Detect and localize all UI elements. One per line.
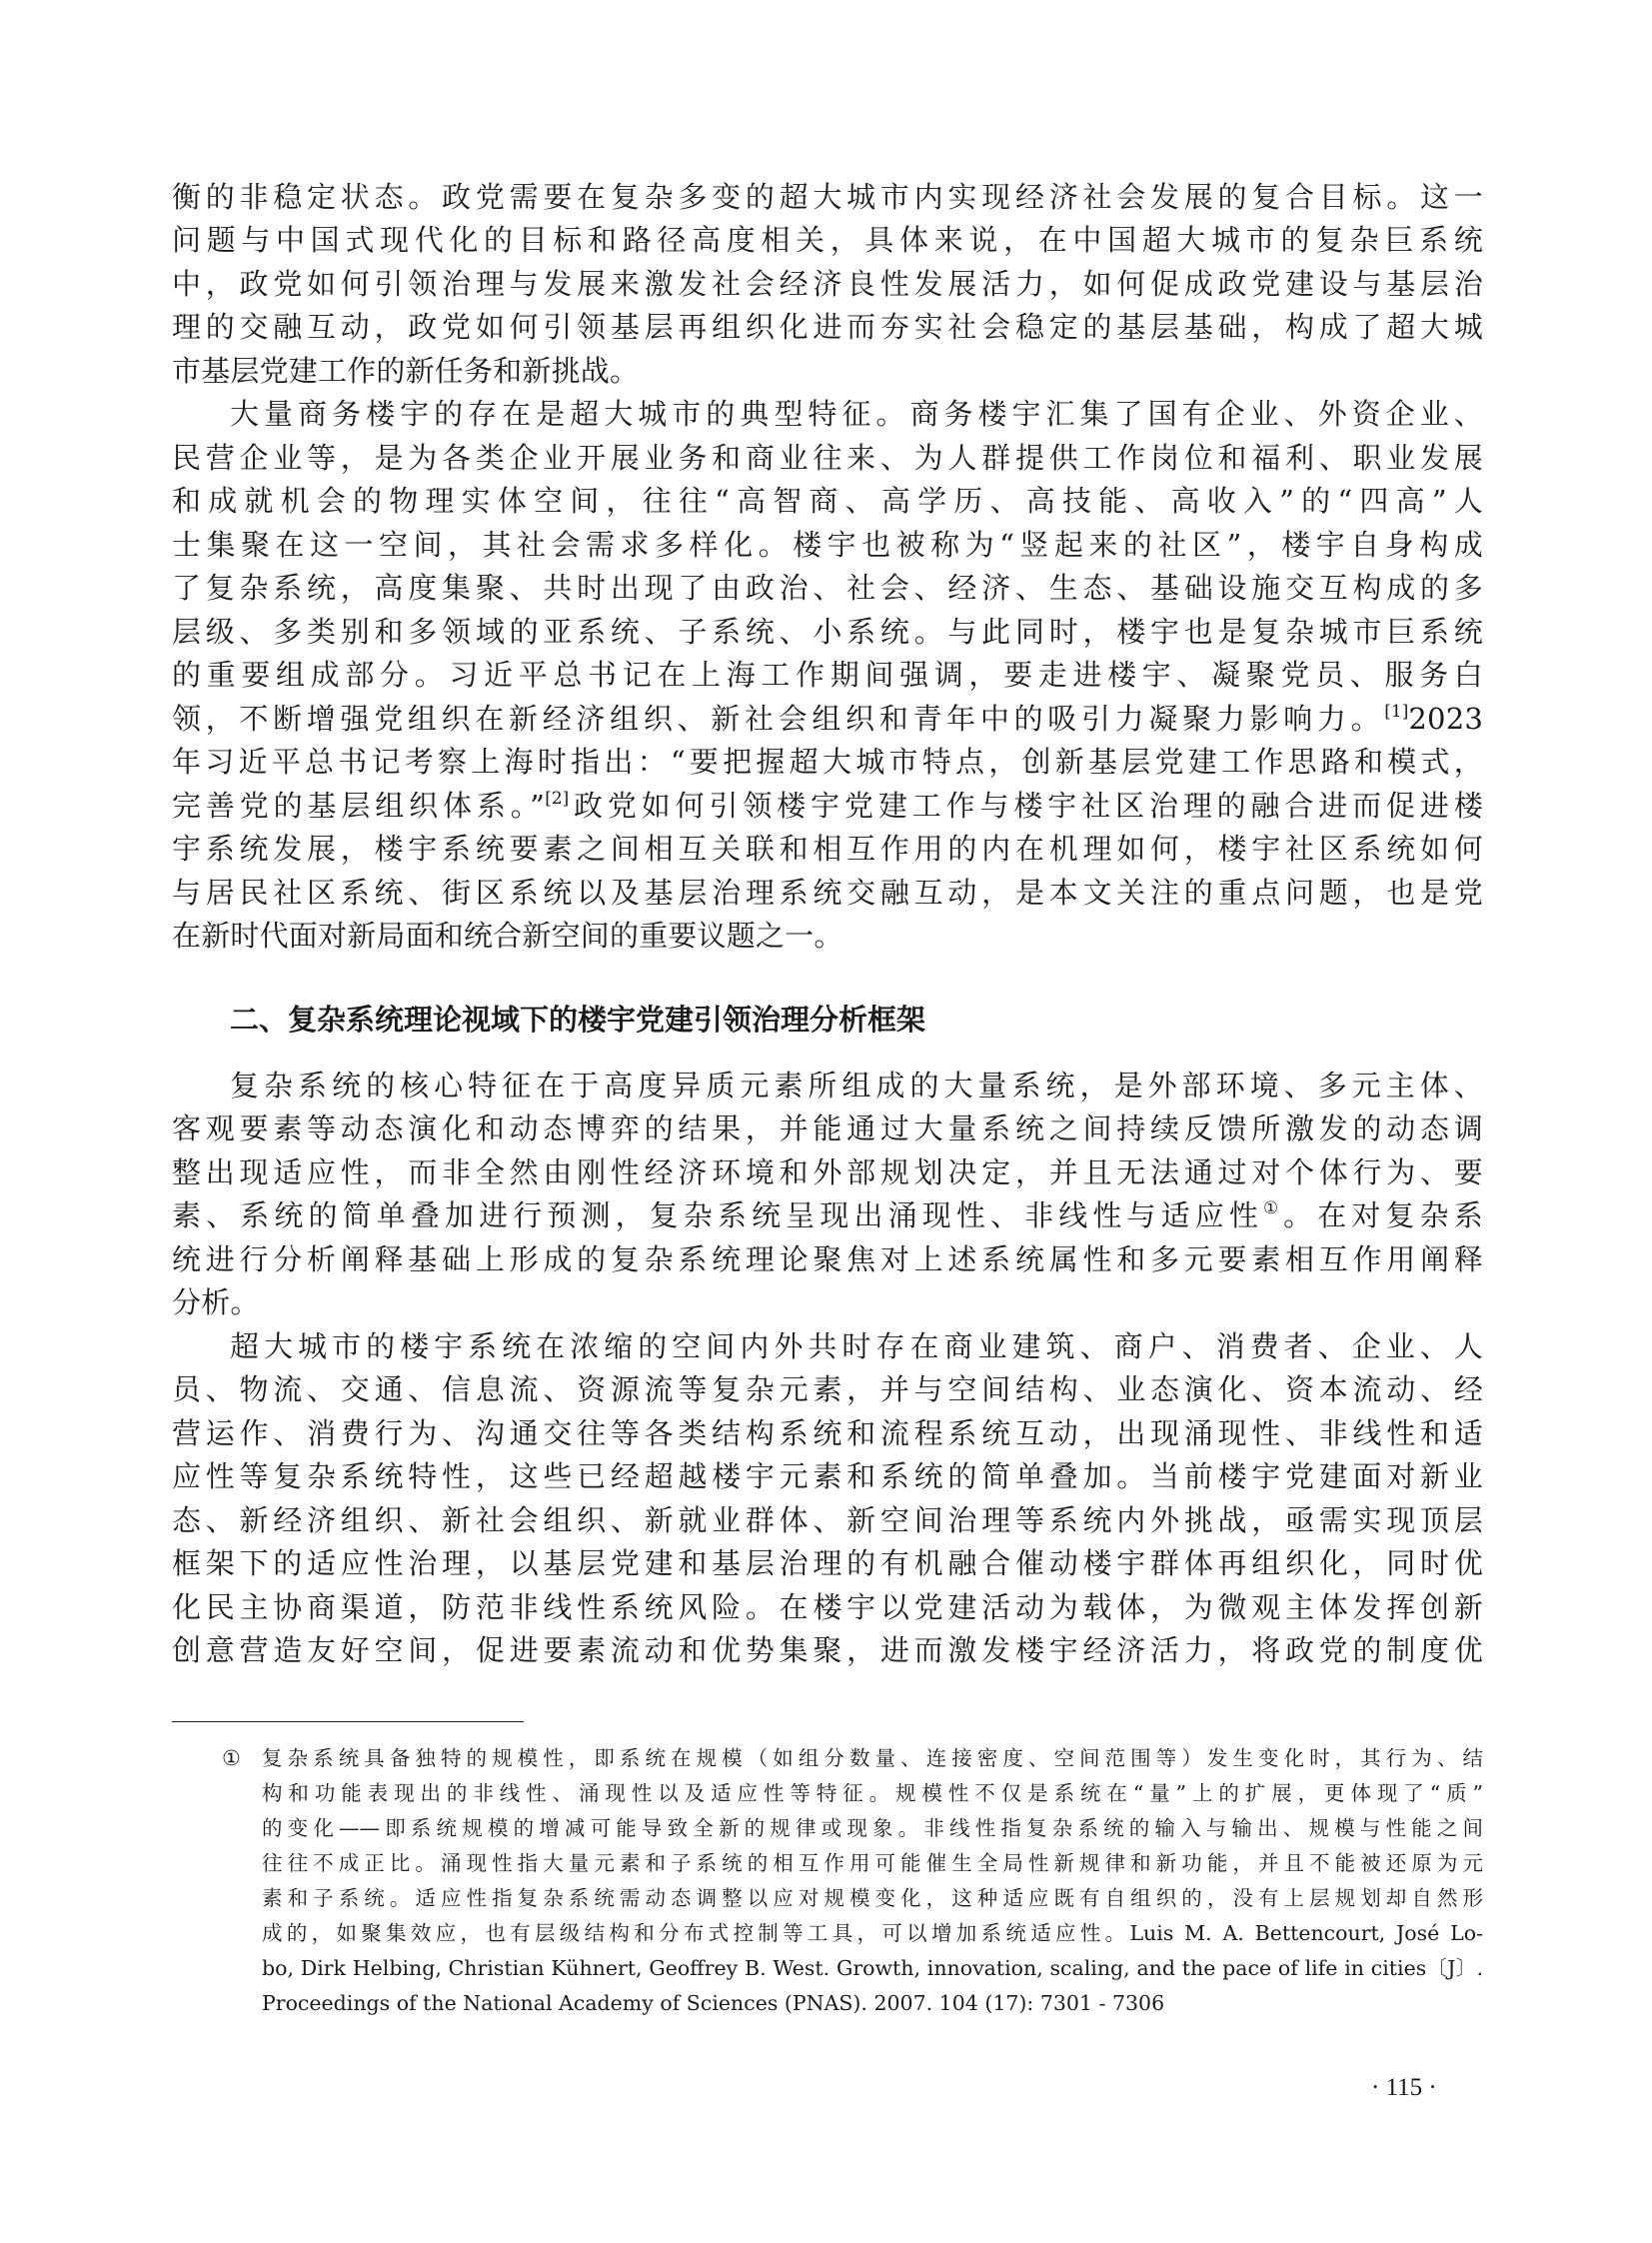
body-text-line: 和成就机会的物理实体空间，往往“高智商、高学历、高技能、高收入”的“四高”人 xyxy=(172,481,1483,521)
footnote-line: 的变化——即系统规模的增减可能导致全新的规律或现象。非线性指复杂系统的输入与输出… xyxy=(262,1813,1483,1843)
body-text-line: 员、物流、交通、信息流、资源流等复杂元素，并与空间结构、业态演化、资本流动、经 xyxy=(172,1369,1483,1409)
body-text-line: 问题与中国式现代化的目标和路径高度相关，具体来说，在中国超大城市的复杂巨系统 xyxy=(172,220,1483,260)
body-text-segment: 完善党的基层组织体系。” xyxy=(172,789,545,823)
body-text-line: 大量商务楼宇的存在是超大城市的典型特征。商务楼宇汇集了国有企业、外资企业、 xyxy=(230,394,1483,434)
body-text-line: 统进行分析阐释基础上形成的复杂系统理论聚焦对上述系统属性和多元要素相互作用阐释 xyxy=(172,1239,1483,1279)
page-number: · 115 · xyxy=(1371,2071,1437,2105)
section-heading: 二、复杂系统理论视域下的楼宇党建引领治理分析框架 xyxy=(230,1000,925,1040)
footnote-line: Proceedings of the National Academy of S… xyxy=(262,1988,1483,2018)
body-text-line: 中，政党如何引领治理与发展来激发社会经济良性发展活力，如何促成政党建设与基层治 xyxy=(172,264,1483,304)
footnote-line: 复杂系统具备独特的规模性，即系统在规模（如组分数量、连接密度、空间范围等）发生变… xyxy=(262,1743,1483,1773)
body-text-line: 素、系统的简单叠加进行预测，复杂系统呈现出涌现性、非线性与适应性①。在对复杂系 xyxy=(172,1195,1483,1235)
footnote-line: bo, Dirk Helbing, Christian Kühnert, Geo… xyxy=(262,1953,1483,1983)
body-text-line: 完善党的基层组织体系。”[2]政党如何引领楼宇党建工作与楼宇社区治理的融合进而促… xyxy=(172,786,1483,826)
body-text-segment: 素、系统的简单叠加进行预测，复杂系统呈现出涌现性、非线性与适应性 xyxy=(172,1198,1263,1232)
body-text-line: 民营企业等，是为各类企业开展业务和商业往来、为人群提供工作岗位和福利、职业发展 xyxy=(172,438,1483,478)
citation-ref-2[interactable]: [2] xyxy=(545,789,569,809)
body-text-segment: 政党如何引领楼宇党建工作与楼宇社区治理的融合进而促进楼 xyxy=(569,789,1483,823)
body-text-line: 整出现适应性，而非全然由刚性经济环境和外部规划决定，并且无法通过对个体行为、要 xyxy=(172,1152,1483,1192)
body-text-line: 年习近平总书记考察上海时指出：“要把握超大城市特点，创新基层党建工作思路和模式， xyxy=(172,742,1483,782)
footnote-ref-1[interactable]: ① xyxy=(1263,1198,1283,1218)
body-text-line: 与居民社区系统、街区系统以及基层治理系统交融互动，是本文关注的重点问题，也是党 xyxy=(172,873,1483,913)
paper-page: 衡的非稳定状态。政党需要在复杂多变的超大城市内实现经济社会发展的复合目标。这一 … xyxy=(0,0,1652,2243)
body-text-line: 理的交融互动，政党如何引领基层再组织化进而夯实社会稳定的基层基础，构成了超大城 xyxy=(172,307,1483,347)
body-text-line: 化民主协商渠道，防范非线性系统风险。在楼宇以党建活动为载体，为微观主体发挥创新 xyxy=(172,1587,1483,1627)
body-text-line: 分析。 xyxy=(172,1282,1483,1322)
footnote-line: 成的，如聚集效应，也有层级结构和分布式控制等工具，可以增加系统适应性。Luis … xyxy=(262,1918,1483,1948)
body-text-line: 衡的非稳定状态。政党需要在复杂多变的超大城市内实现经济社会发展的复合目标。这一 xyxy=(172,177,1483,217)
footnote-line: 构和功能表现出的非线性、涌现性以及适应性等特征。规模性不仅是系统在“量”上的扩展… xyxy=(262,1778,1483,1808)
body-text-segment: 2023 xyxy=(1408,702,1483,736)
body-text-segment: 领，不断增强党组织在新经济组织、新社会组织和青年中的吸引力凝聚力影响力。 xyxy=(172,702,1384,736)
body-text-line: 营运作、消费行为、沟通交往等各类结构系统和流程系统互动，出现涌现性、非线性和适 xyxy=(172,1413,1483,1453)
body-text-line: 应性等复杂系统特性，这些已经超越楼宇元素和系统的简单叠加。当前楼宇党建面对新业 xyxy=(172,1456,1483,1496)
body-text-line: 层级、多类别和多领域的亚系统、子系统、小系统。与此同时，楼宇也是复杂城市巨系统 xyxy=(172,612,1483,652)
body-text-line: 宇系统发展，楼宇系统要素之间相互关联和相互作用的内在机理如何，楼宇社区系统如何 xyxy=(172,829,1483,869)
body-text-line: 复杂系统的核心特征在于高度异质元素所组成的大量系统，是外部环境、多元主体、 xyxy=(230,1066,1483,1106)
footnote-line: 素和子系统。适应性指复杂系统需动态调整以应对规模变化，这种适应既有自组织的，没有… xyxy=(262,1883,1483,1913)
body-text-segment: 。在对复杂系 xyxy=(1283,1198,1483,1232)
body-text-line: 的重要组成部分。习近平总书记在上海工作期间强调，要走进楼宇、凝聚党员、服务白 xyxy=(172,655,1483,695)
footnote-line: 往往不成正比。涌现性指大量元素和子系统的相互作用可能催生全局性新规律和新功能，并… xyxy=(262,1848,1483,1878)
body-text-line: 了复杂系统，高度集聚、共时出现了由政治、社会、经济、生态、基础设施交互构成的多 xyxy=(172,568,1483,608)
body-text-line: 超大城市的楼宇系统在浓缩的空间内外共时存在商业建筑、商户、消费者、企业、人 xyxy=(230,1326,1483,1366)
body-text-line: 在新时代面对新局面和统合新空间的重要议题之一。 xyxy=(172,916,1483,956)
citation-ref-1[interactable]: [1] xyxy=(1384,702,1408,722)
body-text-line: 士集聚在这一空间，其社会需求多样化。楼宇也被称为“竖起来的社区”，楼宇自身构成 xyxy=(172,525,1483,565)
footnote-marker: ① xyxy=(222,1743,241,1773)
footnote-separator xyxy=(172,1721,524,1722)
body-text-line: 领，不断增强党组织在新经济组织、新社会组织和青年中的吸引力凝聚力影响力。[1]2… xyxy=(172,699,1483,739)
body-text-line: 创意营造友好空间，促进要素流动和优势集聚，进而激发楼宇经济活力，将政党的制度优 xyxy=(172,1630,1483,1670)
body-text-line: 市基层党建工作的新任务和新挑战。 xyxy=(172,351,1483,391)
body-text-line: 客观要素等动态演化和动态博弈的结果，并能通过大量系统之间持续反馈所激发的动态调 xyxy=(172,1109,1483,1148)
body-text-line: 态、新经济组织、新社会组织、新就业群体、新空间治理等系统内外挑战，亟需实现顶层 xyxy=(172,1500,1483,1540)
body-text-line: 框架下的适应性治理，以基层党建和基层治理的有机融合催动楼宇群体再组织化，同时优 xyxy=(172,1543,1483,1583)
